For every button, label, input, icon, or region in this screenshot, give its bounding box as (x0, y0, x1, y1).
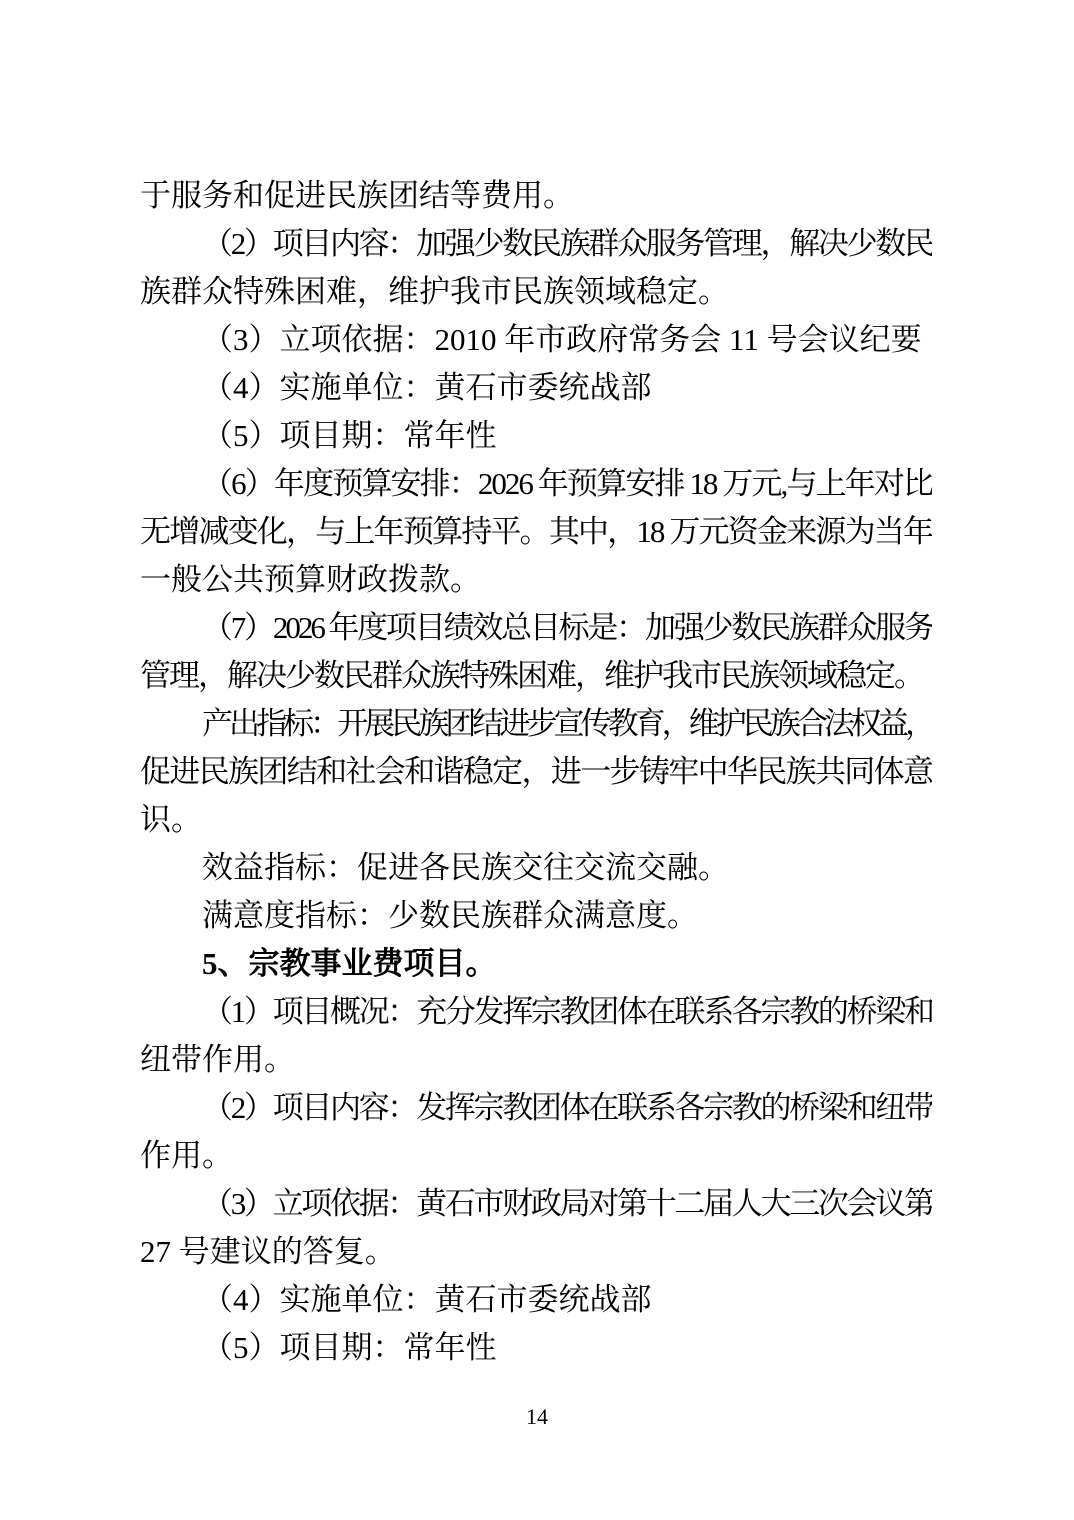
text-line: （3）立项依据：2010 年市政府常务会 11 号会议纪要 (140, 316, 932, 364)
paragraph: （7）2026 年度项目绩效总目标是：加强少数民族群众服务管理，解决少数民群众族… (140, 604, 932, 700)
text-line: 一般公共预算财政拨款。 (140, 556, 932, 604)
text-line: 促进民族团结和社会和谐稳定，进一步铸牢中华民族共同体意 (140, 748, 932, 796)
paragraph: （4）实施单位：黄石市委统战部 (140, 1276, 932, 1324)
text-line: 5、宗教事业费项目。 (140, 940, 932, 988)
text-line: 于服务和促进民族团结等费用。 (140, 172, 932, 220)
text-line: 无增减变化，与上年预算持平。其中，18 万元资金来源为当年 (140, 508, 932, 556)
page-footer: 14 (0, 1404, 1074, 1430)
paragraph: （5）项目期：常年性 (140, 412, 932, 460)
text-line: （6）年度预算安排：2026 年预算安排 18 万元,与上年对比 (140, 460, 932, 508)
text-line: （5）项目期：常年性 (140, 412, 932, 460)
text-line: 27 号建议的答复。 (140, 1228, 932, 1276)
text-line: （5）项目期：常年性 (140, 1324, 932, 1372)
paragraph: （6）年度预算安排：2026 年预算安排 18 万元,与上年对比无增减变化，与上… (140, 460, 932, 604)
text-line: 识。 (140, 796, 932, 844)
paragraph: （2）项目内容：加强少数民族群众服务管理，解决少数民族群众特殊困难，维护我市民族… (140, 220, 932, 316)
paragraph: （1）项目概况：充分发挥宗教团体在联系各宗教的桥梁和纽带作用。 (140, 988, 932, 1084)
document-body: 于服务和促进民族团结等费用。（2）项目内容：加强少数民族群众服务管理，解决少数民… (140, 172, 932, 1372)
text-line: 产出指标：开展民族团结进步宣传教育，维护民族合法权益， (140, 700, 932, 748)
text-line: （4）实施单位：黄石市委统战部 (140, 364, 932, 412)
paragraph: （3）立项依据：黄石市财政局对第十二届人大三次会议第27 号建议的答复。 (140, 1180, 932, 1276)
paragraph: （5）项目期：常年性 (140, 1324, 932, 1372)
text-line: 管理，解决少数民群众族特殊困难，维护我市民族领域稳定。 (140, 652, 932, 700)
text-line: （4）实施单位：黄石市委统战部 (140, 1276, 932, 1324)
text-line: （2）项目内容：加强少数民族群众服务管理，解决少数民 (140, 220, 932, 268)
text-line: 作用。 (140, 1132, 932, 1180)
document-page: 于服务和促进民族团结等费用。（2）项目内容：加强少数民族群众服务管理，解决少数民… (0, 0, 1074, 1520)
text-line: 效益指标：促进各民族交往交流交融。 (140, 844, 932, 892)
paragraph: （2）项目内容：发挥宗教团体在联系各宗教的桥梁和纽带作用。 (140, 1084, 932, 1180)
paragraph: （4）实施单位：黄石市委统战部 (140, 364, 932, 412)
paragraph: 5、宗教事业费项目。 (140, 940, 932, 988)
paragraph: 产出指标：开展民族团结进步宣传教育，维护民族合法权益，促进民族团结和社会和谐稳定… (140, 700, 932, 844)
text-line: （3）立项依据：黄石市财政局对第十二届人大三次会议第 (140, 1180, 932, 1228)
text-line: （2）项目内容：发挥宗教团体在联系各宗教的桥梁和纽带 (140, 1084, 932, 1132)
text-line: 族群众特殊困难，维护我市民族领域稳定。 (140, 268, 932, 316)
text-line: 纽带作用。 (140, 1036, 932, 1084)
text-line: （7）2026 年度项目绩效总目标是：加强少数民族群众服务 (140, 604, 932, 652)
page-number: 14 (526, 1404, 548, 1429)
text-line: （1）项目概况：充分发挥宗教团体在联系各宗教的桥梁和 (140, 988, 932, 1036)
paragraph: 于服务和促进民族团结等费用。 (140, 172, 932, 220)
text-line: 满意度指标：少数民族群众满意度。 (140, 892, 932, 940)
paragraph: （3）立项依据：2010 年市政府常务会 11 号会议纪要 (140, 316, 932, 364)
paragraph: 效益指标：促进各民族交往交流交融。 (140, 844, 932, 892)
paragraph: 满意度指标：少数民族群众满意度。 (140, 892, 932, 940)
